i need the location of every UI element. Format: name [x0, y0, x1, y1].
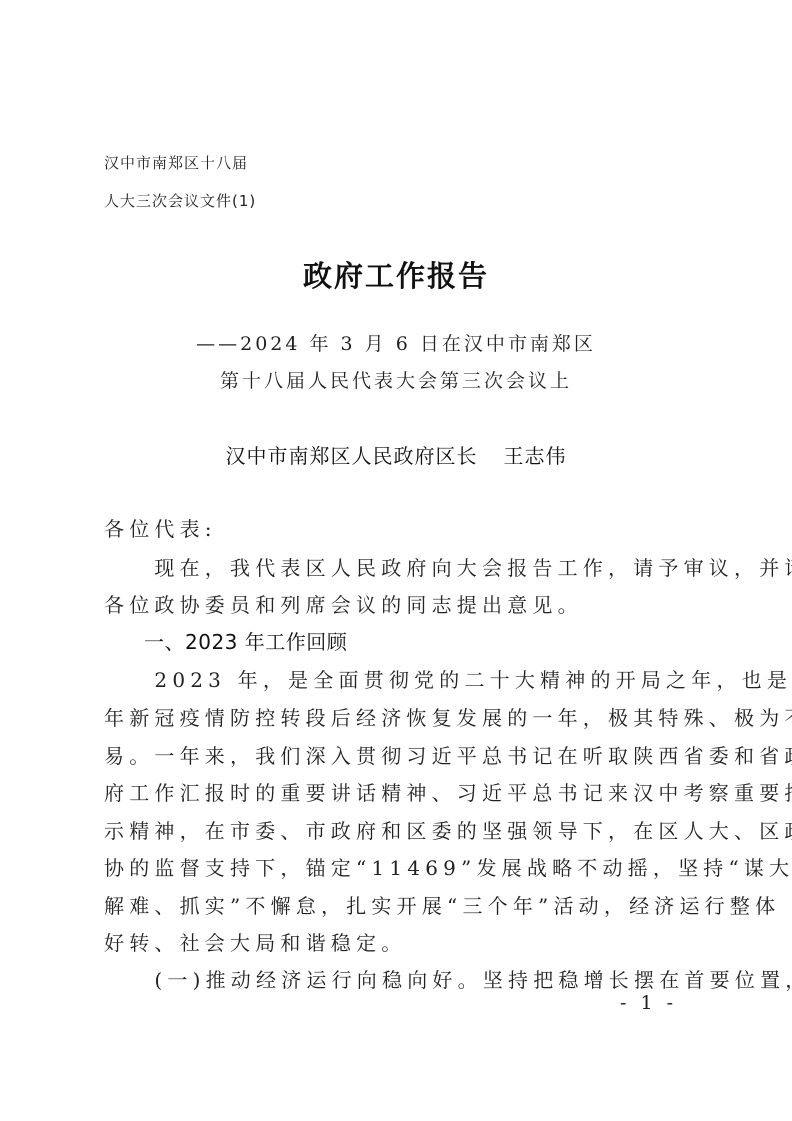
page-number: - 1 - — [620, 992, 677, 1014]
section-line-5: 示精神，在市委、市政府和区委的坚强领导下，在区人大、区政 — [104, 815, 696, 844]
author-name: 王志伟 — [504, 444, 567, 468]
section-line-1: 2023 年，是全面贯彻党的二十大精神的开局之年，也是三 — [104, 664, 696, 693]
subtitle-line-1: ——2024 年 3 月 6 日在汉中市南郑区 — [0, 329, 792, 356]
section-line-4: 府工作汇报时的重要讲话精神、习近平总书记来汉中考察重要指 — [104, 777, 696, 806]
subsection-line: (一)推动经济运行向稳向好。坚持把稳增长摆在首要位置， — [104, 964, 696, 993]
section-line-2: 年新冠疫情防控转段后经济恢复发展的一年，极其特殊、极为不 — [104, 702, 696, 731]
author-position: 汉中市南郑区人民政府区长 — [226, 444, 478, 468]
document-page: 汉中市南郑区十八届 人大三次会议文件(1) 政府工作报告 ——2024 年 3 … — [0, 0, 792, 1121]
section-line-3: 易。一年来，我们深入贯彻习近平总书记在听取陕西省委和省政 — [104, 740, 696, 769]
section-line-7: 解难、抓实”不懈怠，扎实开展“三个年”活动，经济运行整体 — [104, 890, 696, 919]
section-line-8: 好转、社会大局和谐稳定。 — [104, 927, 696, 956]
intro-line-2: 各位政协委员和列席会议的同志提出意见。 — [104, 589, 696, 618]
subtitle-line-2: 第十八届人民代表大会第三次会议上 — [0, 366, 792, 393]
file-label-line-2: 人大三次会议文件(1) — [104, 190, 256, 211]
salutation: 各位代表: — [104, 513, 696, 542]
intro-line-1: 现在，我代表区人民政府向大会报告工作，请予审议，并请 — [104, 552, 696, 581]
section-heading: 一、2023 年工作回顾 — [144, 626, 347, 655]
file-label-line-1: 汉中市南郑区十八届 — [104, 152, 248, 173]
author-line: 汉中市南郑区人民政府区长王志伟 — [0, 440, 792, 469]
section-line-6: 协的监督支持下，锚定“11469”发展战略不动摇，坚持“谋大、 — [104, 852, 696, 881]
document-title: 政府工作报告 — [0, 254, 792, 295]
